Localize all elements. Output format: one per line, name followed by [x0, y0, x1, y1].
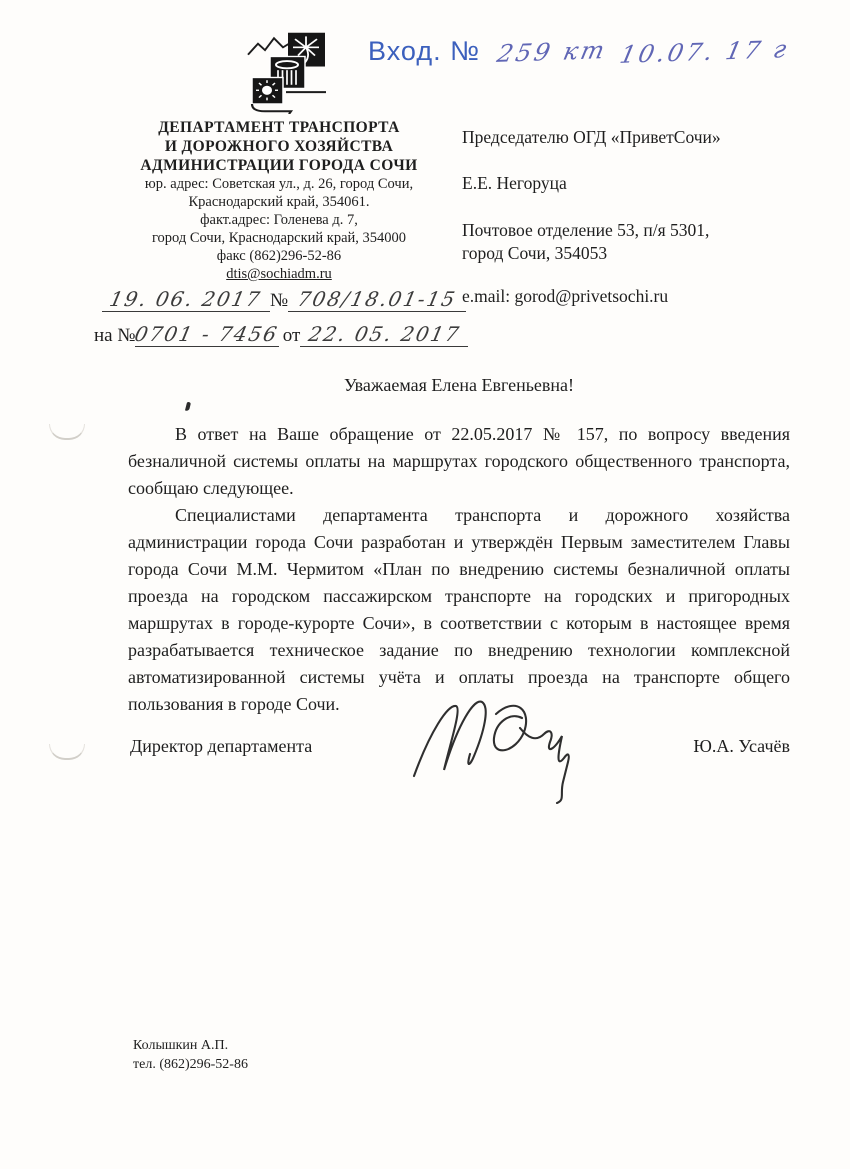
outgoing-reference-line: 19. 06. 2017№708/18.01-15	[94, 287, 464, 312]
punch-hole-mark	[49, 744, 85, 760]
signature-row: Директор департамента Ю.А. Усачёв	[130, 736, 790, 757]
signer-position: Директор департамента	[130, 736, 312, 757]
signer-name: Ю.А. Усачёв	[693, 736, 790, 757]
org-name-line: АДМИНИСТРАЦИИ ГОРОДА СОЧИ	[94, 156, 464, 175]
letterhead: ДЕПАРТАМЕНТ ТРАНСПОРТА И ДОРОЖНОГО ХОЗЯЙ…	[94, 118, 464, 347]
org-address-line: факт.адрес: Голенева д. 7,	[94, 211, 464, 229]
executor-name: Колышкин А.П.	[133, 1036, 248, 1055]
org-address-line: факс (862)296-52-86	[94, 247, 464, 265]
org-name-line: И ДОРОЖНОГО ХОЗЯЙСТВА	[94, 137, 464, 156]
reply-from-label: от	[283, 325, 301, 346]
reply-date-handwritten: 22. 05. 2017	[306, 322, 462, 346]
incoming-stamp: Вход. № 259 кт 10.07. 17 г	[368, 36, 788, 67]
outgoing-number-handwritten: 708/18.01-15	[295, 287, 458, 311]
reply-number-handwritten: 0701 - 7456	[133, 322, 281, 346]
org-address-line: город Сочи, Краснодарский край, 354000	[94, 229, 464, 247]
incoming-stamp-number: 259 кт	[495, 36, 610, 68]
org-address-line: юр. адрес: Советская ул., д. 26, город С…	[94, 175, 464, 193]
recipient-address-line: город Сочи, 354053	[462, 242, 812, 265]
reply-reference-line: на №0701 - 7456 от22. 05. 2017	[94, 322, 464, 347]
recipient-email: e.mail: gorod@privetsochi.ru	[462, 285, 812, 308]
salutation: Уважаемая Елена Евгеньевна!	[128, 372, 790, 399]
executor-block: Колышкин А.П. тел. (862)296-52-86	[133, 1036, 248, 1074]
scanned-letter-page: Вход. № 259 кт 10.07. 17 г ДЕПАРТАМЕНТ Т…	[0, 0, 850, 1169]
number-sign: №	[270, 290, 288, 311]
incoming-stamp-label: Вход. №	[368, 36, 480, 66]
outgoing-date-handwritten: 19. 06. 2017	[108, 287, 264, 311]
punch-hole-mark	[49, 424, 85, 440]
letter-body: Уважаемая Елена Евгеньевна! В ответ на В…	[128, 372, 790, 718]
body-paragraph: В ответ на Ваше обращение от 22.05.2017 …	[128, 421, 790, 502]
recipient-title: Председателю ОГД «ПриветСочи»	[462, 126, 812, 149]
recipient-address-line: Почтовое отделение 53, п/я 5301,	[462, 219, 812, 242]
executor-phone: тел. (862)296-52-86	[133, 1055, 248, 1074]
recipient-name: Е.Е. Негоруца	[462, 172, 812, 195]
sochi-emblem-icon	[246, 30, 346, 114]
reply-prefix: на №	[94, 325, 135, 346]
org-name-line: ДЕПАРТАМЕНТ ТРАНСПОРТА	[94, 118, 464, 137]
recipient-block: Председателю ОГД «ПриветСочи» Е.Е. Негор…	[462, 126, 812, 308]
incoming-stamp-date: 10.07. 17 г	[617, 35, 792, 69]
org-address-line: Краснодарский край, 354061.	[94, 193, 464, 211]
org-email: dtis@sochiadm.ru	[94, 265, 464, 283]
